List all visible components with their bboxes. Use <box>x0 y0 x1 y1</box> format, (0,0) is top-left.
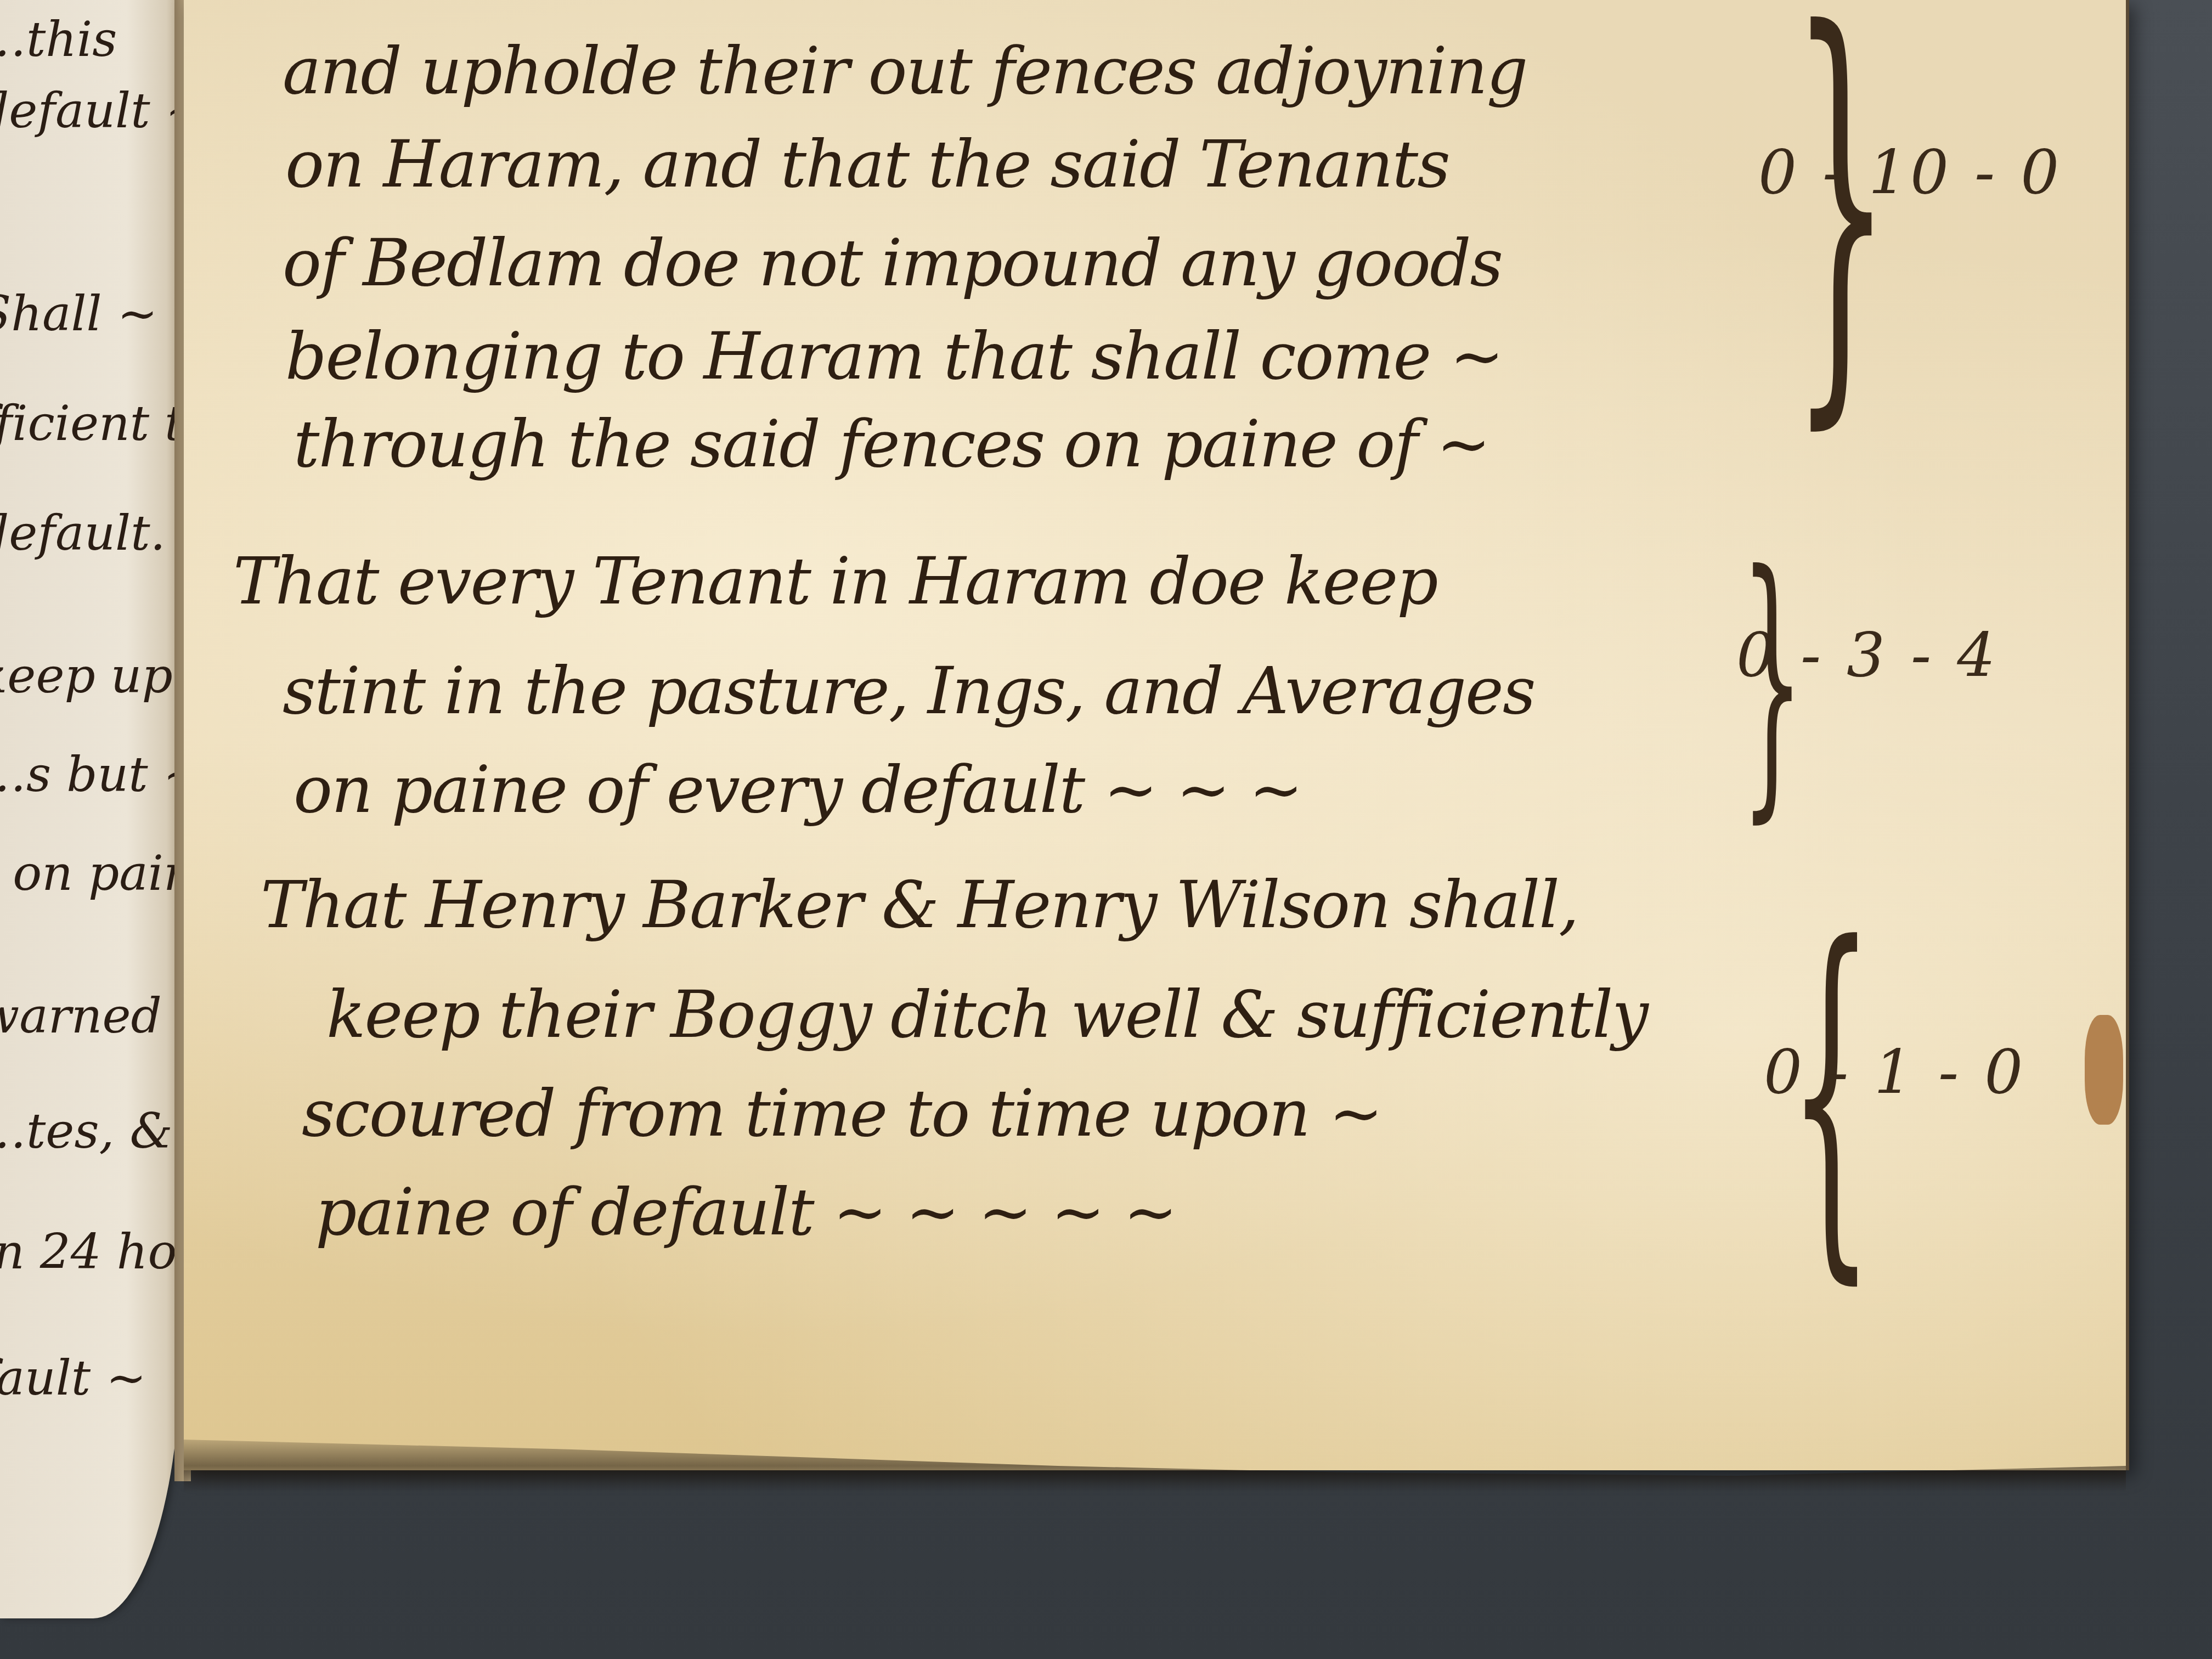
right-page: and upholde their out fences adjoyning o… <box>184 0 2129 1470</box>
entry-line: That Henry Barker & Henry Wilson shall, <box>261 867 1578 943</box>
fine-amount: 0 - 10 - 0 <box>1758 137 2062 207</box>
entry-line: on paine of every default ~ ~ ~ <box>294 752 1302 827</box>
left-fragment: fault ~ <box>0 1350 146 1406</box>
page-stain <box>2085 1015 2123 1125</box>
entry-line: scoured from time to time upon ~ <box>302 1075 1382 1151</box>
entry-line: That every Tenant in Haram doe keep <box>233 543 1437 619</box>
entry-line: paine of default ~ ~ ~ ~ ~ <box>315 1174 1177 1250</box>
entry-line: of Bedlam doe not impound any goods <box>283 225 1502 301</box>
entry-line: stint in the pasture, Ings, and Averages <box>283 653 1534 729</box>
left-fragment: Shall ~ <box>0 285 157 342</box>
entry-line: through the said fences on paine of ~ <box>294 406 1489 482</box>
fine-amount: 0 - 1 - 0 <box>1764 1037 2026 1107</box>
entry-line: keep their Boggy ditch well & sufficient… <box>326 977 1647 1052</box>
entry-line: belonging to Haram that shall come ~ <box>285 318 1503 394</box>
entry-line: on Haram, and that the said Tenants <box>285 126 1449 202</box>
entry-line: and upholde their out fences adjoyning <box>283 33 1527 109</box>
left-page: …this default ~ Shall ~ fficient this de… <box>0 0 181 1618</box>
left-fragment: …this <box>0 11 117 67</box>
left-fragment: default. <box>0 505 166 561</box>
right-brace-icon: } <box>1791 0 1892 428</box>
fine-amount: 0 - 3 - 4 <box>1736 620 1999 690</box>
left-fragment: …s but ~ <box>0 746 204 803</box>
